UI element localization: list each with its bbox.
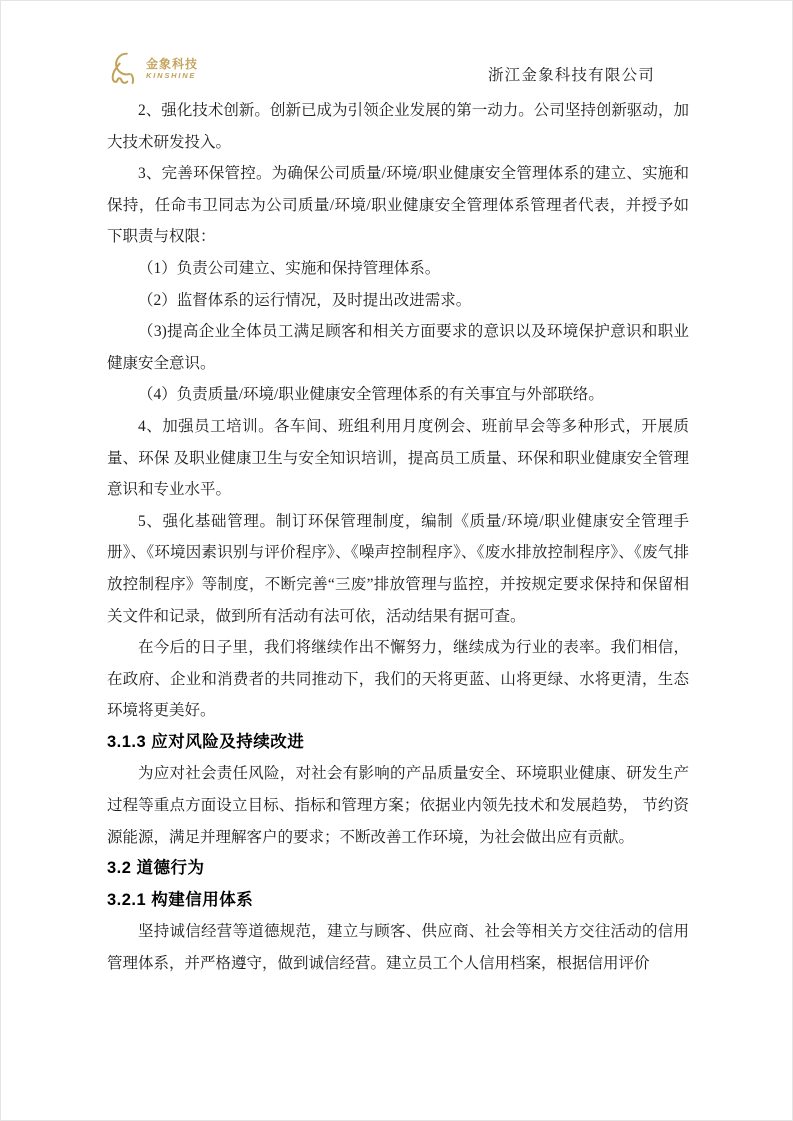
company-name: 浙江金象科技有限公司 (488, 53, 689, 85)
body-paragraph: 2、强化技术创新。创新已成为引领企业发展的第一动力。公司坚持创新驱动，加大技术研… (107, 95, 689, 158)
page-header: 金象科技 KINSHINE 浙江金象科技有限公司 (107, 41, 689, 97)
company-logo: 金象科技 KINSHINE (107, 47, 198, 91)
body-paragraph: 4、加强员工培训。各车间、班组利用月度例会、班前早会等多种形式，开展质量、环保 … (107, 411, 689, 506)
body-paragraph: （3)提高企业全体员工满足顾客和相关方面要求的意识以及环境保护意识和职业健康安全… (107, 316, 689, 379)
body-paragraph: （4）负责质量/环境/职业健康安全管理体系的有关事宜与外部联络。 (107, 379, 689, 411)
body-paragraph: 5、强化基础管理。制订环保管理制度，编制《质量/环境/职业健康安全管理手册》、《… (107, 506, 689, 632)
body-paragraph: （2）监督体系的运行情况，及时提出改进需求。 (107, 285, 689, 317)
elephant-logo-icon (107, 47, 143, 91)
body-paragraph: 为应对社会责任风险，对社会有影响的产品质量安全、环境职业健康、研发生产过程等重点… (107, 758, 689, 853)
section-heading: 3.1.3 应对风险及持续改进 (107, 727, 689, 759)
body-paragraph: （1）负责公司建立、实施和保持管理体系。 (107, 253, 689, 285)
logo-brand-en: KINSHINE (146, 72, 198, 81)
body-paragraph: 坚持诚信经营等道德规范，建立与顾客、供应商、社会等相关方交往活动的信用管理体系，… (107, 916, 689, 979)
body-paragraph: 3、完善环保管控。为确保公司质量/环境/职业健康安全管理体系的建立、实施和保持，… (107, 158, 689, 253)
document-page: 金象科技 KINSHINE 浙江金象科技有限公司 2、强化技术创新。创新已成为引… (0, 0, 793, 1121)
body-paragraph: 在今后的日子里，我们将继续作出不懈努力，继续成为行业的表率。我们相信，在政府、企… (107, 632, 689, 727)
section-heading: 3.2 道德行为 (107, 853, 689, 885)
document-body: 2、强化技术创新。创新已成为引领企业发展的第一动力。公司坚持创新驱动，加大技术研… (107, 95, 689, 980)
logo-brand-cn: 金象科技 (146, 58, 198, 72)
logo-text: 金象科技 KINSHINE (146, 58, 198, 80)
section-heading: 3.2.1 构建信用体系 (107, 885, 689, 917)
